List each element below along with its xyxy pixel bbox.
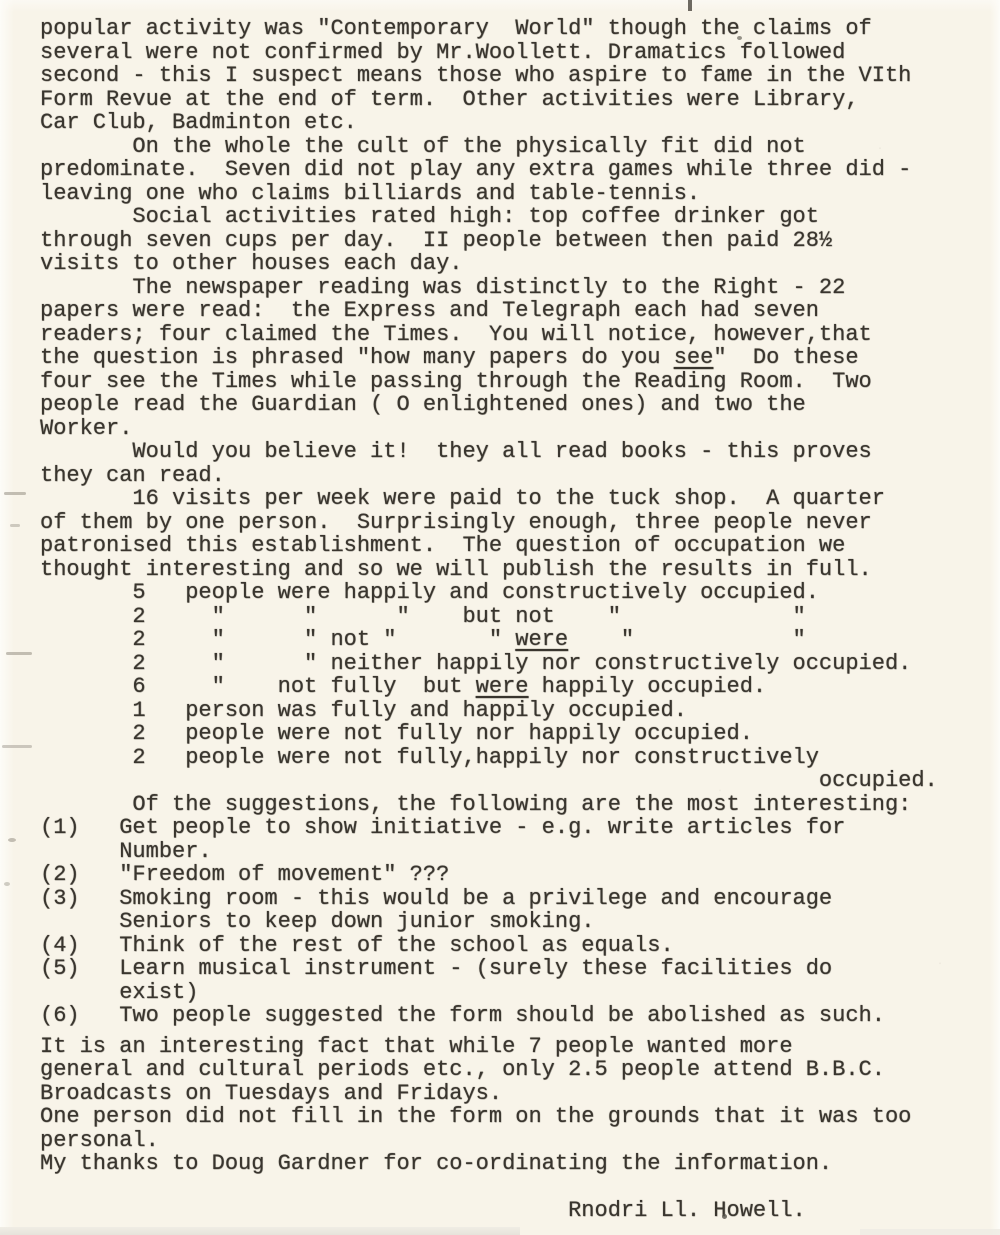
text-line: 2 " " not " " were " " (40, 628, 1000, 652)
text-line: exist) (40, 981, 1000, 1005)
text-line: predominate. Seven did not play any extr… (40, 158, 1000, 182)
text-line: 2 people were not fully nor happily occu… (40, 722, 1000, 746)
text-line: Social activities rated high: top coffee… (40, 205, 1000, 229)
text-line: Worker. (40, 417, 1000, 441)
text-line: (5) Learn musical instrument - (surely t… (40, 957, 1000, 981)
text-line: of them by one person. Surprisingly enou… (40, 511, 1000, 535)
text-line: Would you believe it! they all read book… (40, 440, 1000, 464)
text-line: they can read. (40, 464, 1000, 488)
text-line: 16 visits per week were paid to the tuck… (40, 487, 1000, 511)
text-line: 1 person was fully and happily occupied. (40, 699, 1000, 723)
text-line: 6 " not fully but were happily occupied. (40, 675, 1000, 699)
text-line: the question is phrased "how many papers… (40, 346, 1000, 370)
text-line: 2 people were not fully,happily nor cons… (40, 746, 1000, 770)
text-line: through seven cups per day. II people be… (40, 229, 1000, 253)
text-line: 5 people were happily and constructively… (40, 581, 1000, 605)
scanned-page: popular activity was "Contemporary World… (0, 0, 1000, 1235)
text-line: (2) "Freedom of movement" ??? (40, 863, 1000, 887)
text-line: Form Revue at the end of term. Other act… (40, 88, 1000, 112)
text-line: The newspaper reading was distinctly to … (40, 276, 1000, 300)
scan-artifact-top-tick (688, 0, 692, 11)
text-line: Car Club, Badminton etc. (40, 111, 1000, 135)
scan-artifact-margin-mark (10, 524, 20, 527)
text-line: My thanks to Doug Gardner for co-ordinat… (40, 1152, 1000, 1176)
text-line: second - this I suspect means those who … (40, 64, 1000, 88)
text-line: On the whole the cult of the physically … (40, 135, 1000, 159)
text-line (40, 1176, 1000, 1200)
scan-artifact-bottom-bar (860, 1229, 1000, 1235)
text-line: patronised this establishment. The quest… (40, 534, 1000, 558)
text-line: leaving one who claims billiards and tab… (40, 182, 1000, 206)
text-line: Number. (40, 840, 1000, 864)
text-line: (1) Get people to show initiative - e.g.… (40, 816, 1000, 840)
text-line: One person did not fill in the form on t… (40, 1105, 1000, 1129)
scan-artifact-margin-mark (6, 652, 32, 655)
text-line: Broadcasts on Tuesdays and Fridays. (40, 1082, 1000, 1106)
text-line: general and cultural periods etc., only … (40, 1058, 1000, 1082)
text-line: It is an interesting fact that while 7 p… (40, 1035, 1000, 1059)
underlined-word: were (515, 627, 568, 652)
text-line: people read the Guardian ( O enlightened… (40, 393, 1000, 417)
text-line: thought interesting and so we will publi… (40, 558, 1000, 582)
text-line: papers were read: the Express and Telegr… (40, 299, 1000, 323)
text-line: Rnodri Ll. Howell. (40, 1199, 1000, 1223)
underlined-word: were (476, 674, 529, 699)
text-line: Seniors to keep down junior smoking. (40, 910, 1000, 934)
scan-artifact-bottom-bar (0, 1227, 520, 1235)
text-line: 2 " " neither happily nor constructively… (40, 652, 1000, 676)
text-line: readers; four claimed the Times. You wil… (40, 323, 1000, 347)
text-line: personal. (40, 1129, 1000, 1153)
scan-artifact-margin-mark (4, 882, 10, 886)
underlined-word: see (674, 345, 714, 370)
text-line: (6) Two people suggested the form should… (40, 1004, 1000, 1028)
text-line: Of the suggestions, the following are th… (40, 793, 1000, 817)
text-line: occupied. (40, 769, 1000, 793)
typewritten-text-body: popular activity was "Contemporary World… (40, 17, 1000, 1223)
text-line: popular activity was "Contemporary World… (40, 17, 1000, 41)
text-line: visits to other houses each day. (40, 252, 1000, 276)
text-line: 2 " " " but not " " (40, 605, 1000, 629)
scan-artifact-margin-mark (8, 838, 16, 842)
scan-artifact-margin-mark (4, 492, 26, 495)
scan-artifact-margin-mark (2, 745, 32, 748)
text-line: (4) Think of the rest of the school as e… (40, 934, 1000, 958)
text-line: four see the Times while passing through… (40, 370, 1000, 394)
text-line: several were not confirmed by Mr.Woollet… (40, 41, 1000, 65)
text-line: (3) Smoking room - this would be a privi… (40, 887, 1000, 911)
